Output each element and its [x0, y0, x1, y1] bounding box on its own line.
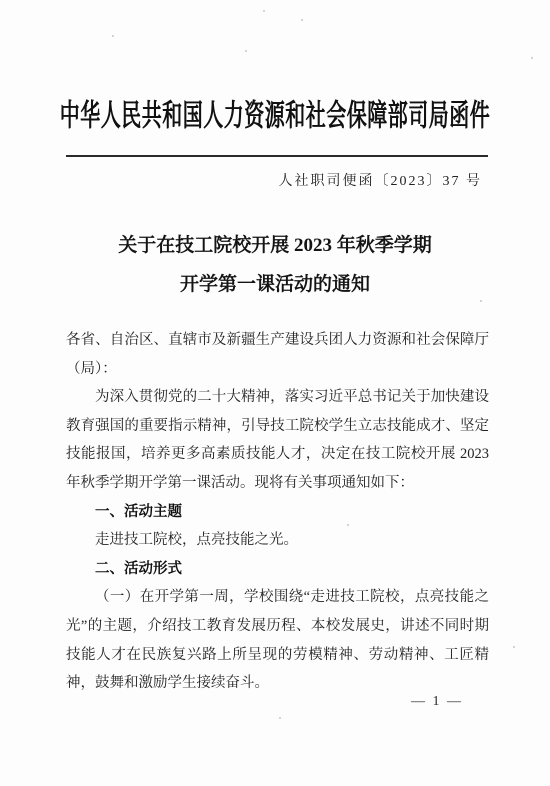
page-number: — 1 — — [411, 694, 463, 710]
scan-noise-speck — [112, 35, 114, 37]
paragraph-salutation: 各省、自治区、直辖市及新疆生产建设兵团人力资源和社会保障厅（局）： — [66, 326, 489, 383]
document-body: 各省、自治区、直辖市及新疆生产建设兵团人力资源和社会保障厅（局）： 为深入贯彻党… — [66, 326, 489, 698]
paragraph-activity-format-1: （一）在开学第一周，学校围绕“走进技工院校，点亮技能之光”的主题，介绍技工教育发… — [66, 583, 489, 697]
document-page: 中华人民共和国人力资源和社会保障部司局函件 人社职司便函〔2023〕37 号 关… — [0, 0, 550, 786]
section-heading-activity-theme: 一、活动主题 — [66, 498, 489, 527]
document-title-line-1: 关于在技工院校开展 2023 年秋季学期 — [0, 226, 550, 265]
document-title: 关于在技工院校开展 2023 年秋季学期 开学第一课活动的通知 — [0, 226, 550, 304]
scan-noise-speck — [301, 19, 303, 21]
scan-noise-speck — [347, 524, 349, 526]
scan-noise-speck — [263, 10, 265, 12]
document-title-line-2: 开学第一课活动的通知 — [0, 265, 550, 304]
scan-noise-speck — [279, 717, 281, 719]
scan-noise-speck — [531, 57, 533, 59]
document-number: 人社职司便函〔2023〕37 号 — [279, 170, 483, 190]
section-heading-activity-format: 二、活动形式 — [66, 555, 489, 584]
scan-noise-speck — [513, 646, 515, 648]
paragraph-intro: 为深入贯彻党的二十大精神，落实习近平总书记关于加快建设教育强国的重要指示精神，引… — [66, 383, 489, 497]
letterhead-divider — [66, 155, 488, 157]
letterhead-title: 中华人民共和国人力资源和社会保障部司局函件 — [0, 91, 550, 135]
scan-noise-speck — [480, 300, 482, 302]
scan-noise-speck — [245, 50, 247, 52]
paragraph-activity-theme: 走进技工院校，点亮技能之光。 — [66, 526, 489, 555]
